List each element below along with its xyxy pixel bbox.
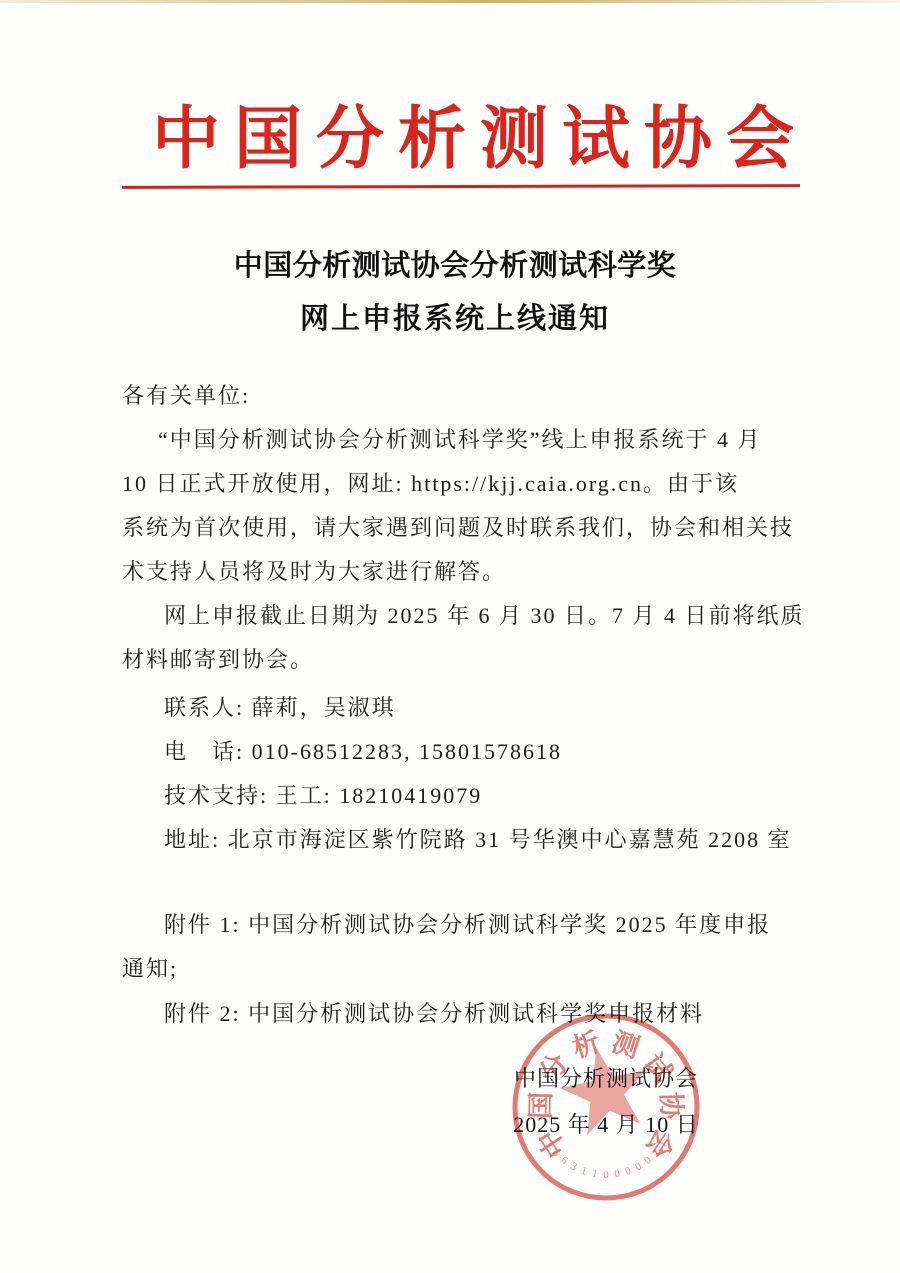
signature-org: 中国分析测试协会 — [458, 1062, 754, 1093]
body-line: “中国分析测试协会分析测试科学奖”线上申报系统于 4 月 — [158, 426, 762, 456]
svg-text:析: 析 — [569, 1027, 604, 1064]
scan-edge — [0, 0, 900, 3]
salutation-line: 各有关单位: — [122, 382, 250, 412]
body-line: 10 日正式开放使用，网址: https://kjj.caia.org.cn。由… — [122, 470, 739, 500]
body-line: 系统为首次使用，请大家遇到问题及时联系我们，协会和相关技 — [122, 514, 794, 544]
svg-text:测: 测 — [608, 1027, 643, 1064]
attachment1-line: 附件 1: 中国分析测试协会分析测试科学奖 2025 年度申报 — [164, 911, 771, 941]
svg-text:3: 3 — [542, 1138, 555, 1150]
svg-text:6: 6 — [550, 1147, 563, 1160]
seal-arc-text: 中 国 分 析 测 试 协 会 — [526, 1027, 687, 1163]
body-line: 材料邮寄到协会。 — [122, 646, 314, 676]
signature-date: 2025 年 4 月 10 日 — [458, 1108, 754, 1139]
letterhead-rule — [122, 184, 800, 189]
svg-text:0: 0 — [633, 1160, 644, 1173]
document-page: 中国分析测试协会 中国分析测试协会分析测试科学奖 网上申报系统上线通知 各有关单… — [0, 0, 900, 1273]
tech-support-line: 技术支持: 王工: 18210419079 — [164, 782, 482, 812]
body-line: 术支持人员将及时为大家进行解答。 — [122, 558, 506, 588]
svg-text:1: 1 — [656, 1138, 669, 1149]
svg-text:1: 1 — [579, 1165, 588, 1178]
svg-text:1: 1 — [650, 1147, 663, 1159]
svg-text:0: 0 — [642, 1154, 654, 1167]
attachment1-cont: 通知; — [122, 955, 178, 985]
svg-text:0: 0 — [614, 1168, 622, 1181]
doc-title-line1: 中国分析测试协会分析测试科学奖 — [122, 243, 788, 284]
svg-text:3: 3 — [568, 1160, 579, 1173]
doc-title-line2: 网上申报系统上线通知 — [122, 296, 788, 337]
letterhead-title: 中国分析测试协会 — [140, 96, 820, 182]
seal-ring — [515, 1016, 697, 1198]
address-line: 地址: 北京市海淀区紫竹院路 31 号华澳中心嘉慧苑 2208 室 — [164, 826, 792, 856]
svg-text:6: 6 — [558, 1154, 570, 1167]
seal-serial-number: 1 1 0 0 0 0 0 1 1 3 6 6 3 — [542, 1138, 669, 1181]
svg-text:1: 1 — [591, 1168, 598, 1181]
svg-text:0: 0 — [624, 1165, 634, 1178]
phone-line: 电 话: 010-68512283, 15801578618 — [164, 738, 562, 768]
attachment2-line: 附件 2: 中国分析测试协会分析测试科学奖申报材料 — [164, 1000, 704, 1030]
body-line: 网上申报截止日期为 2025 年 6 月 30 日。7 月 4 日前将纸质 — [164, 602, 805, 632]
svg-text:0: 0 — [603, 1169, 609, 1181]
contact-line: 联系人: 薛莉，吴淑琪 — [164, 694, 396, 724]
